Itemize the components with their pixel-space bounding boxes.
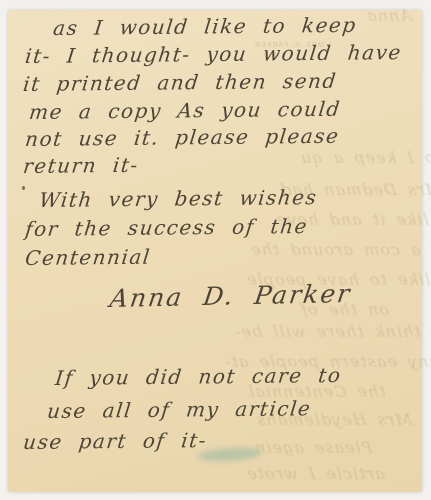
letter-paper: Anna MRS. A. PARKER N. J. So I keep a qu… [8, 10, 422, 492]
ink-smudge [198, 446, 263, 463]
bleed-through-line: article I wrote [245, 464, 386, 483]
ink-dot [22, 186, 25, 190]
bleed-through-line: Anna [365, 6, 413, 25]
handwriting-line: for the success of the [24, 214, 309, 241]
handwriting-line: use part of it- [22, 428, 208, 454]
handwriting-line: as I would like to keep [52, 13, 358, 40]
handwriting-line: use all of my article [46, 396, 313, 423]
handwriting-line: it- I thought- you would have [24, 40, 403, 68]
signature: Anna D. Parker [108, 279, 353, 313]
handwriting-line: If you did not care to [54, 363, 343, 390]
handwriting-line: me a copy As you could [28, 97, 342, 124]
bleed-through-line: it a com around the [249, 240, 431, 259]
bleed-through-line: Please agein [253, 438, 374, 457]
bleed-through-line: So I keep a qu [299, 148, 431, 167]
handwriting-line: return it- [22, 153, 140, 178]
bleed-through-line: I don't think there will be- [233, 322, 431, 341]
scanned-letter: Anna MRS. A. PARKER N. J. So I keep a qu… [0, 0, 431, 500]
handwriting-line: not use it. please please [24, 124, 341, 151]
handwriting-line: it printed and then send [22, 69, 338, 96]
handwriting-line: With very best wishes [38, 185, 319, 212]
handwriting-line: Centennial [24, 245, 152, 270]
